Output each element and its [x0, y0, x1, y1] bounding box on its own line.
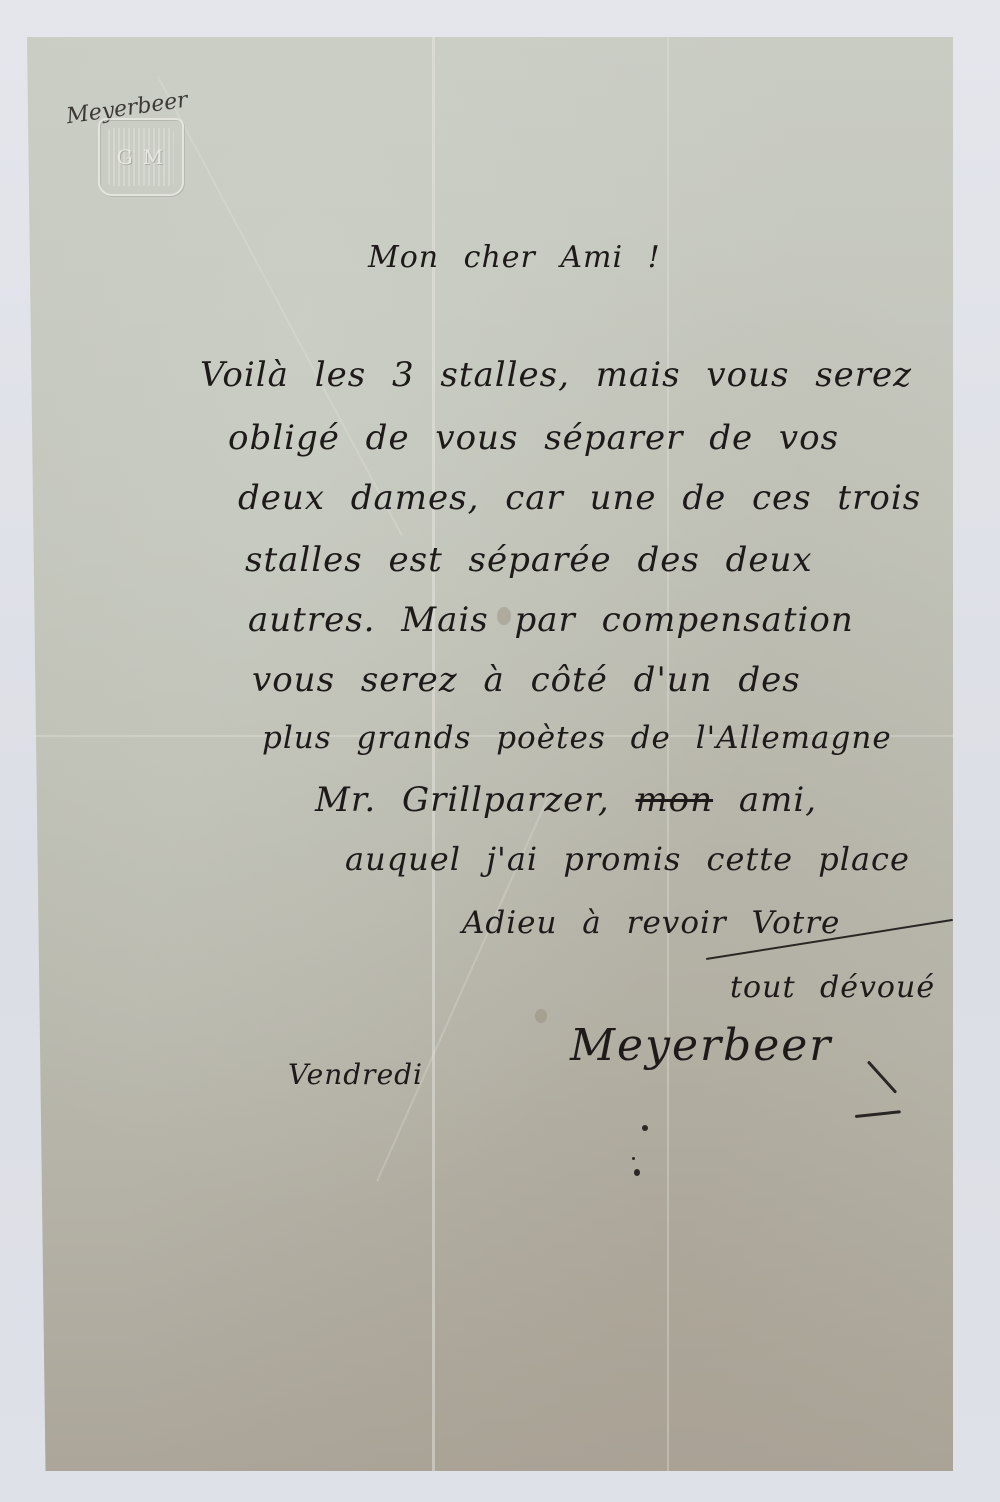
letter-line-6: vous serez à côté d'un des — [252, 660, 801, 700]
letter-line-5: autres. Mais par compensation — [248, 600, 854, 640]
embossed-monogram-stamp: G M — [98, 118, 184, 196]
letter-line-1: Voilà les 3 stalles, mais vous serez — [200, 355, 912, 395]
ink-dot — [634, 1169, 640, 1176]
closing-line-2: tout dévoué — [730, 970, 935, 1005]
ink-dot — [642, 1125, 648, 1131]
letter-line-7: plus grands poètes de l'Allemagne — [262, 720, 892, 756]
grillparzer-text: Mr. Grillparzer, — [315, 780, 635, 820]
ink-stain — [535, 1009, 547, 1023]
letter-line-8: Mr. Grillparzer, mon ami, — [315, 780, 817, 820]
letter-line-9: auquel j'ai promis cette place — [345, 840, 910, 878]
struck-out-word: mon — [635, 780, 713, 820]
letter-line-4: stalles est séparée des deux — [245, 540, 813, 580]
diagonal-crease — [157, 76, 403, 536]
closing-line-1: Adieu à revoir Votre — [462, 905, 840, 941]
ami-text: ami, — [739, 780, 817, 820]
monogram-text: G M — [117, 145, 166, 169]
salutation: Mon cher Ami ! — [368, 240, 661, 275]
letter-line-2: obligé de vous séparer de vos — [228, 418, 839, 458]
signature: Meyerbeer — [570, 1020, 832, 1071]
letter-line-3: deux dames, car une de ces trois — [238, 478, 921, 518]
ink-dot — [632, 1157, 635, 1160]
day-written: Vendredi — [288, 1058, 423, 1091]
